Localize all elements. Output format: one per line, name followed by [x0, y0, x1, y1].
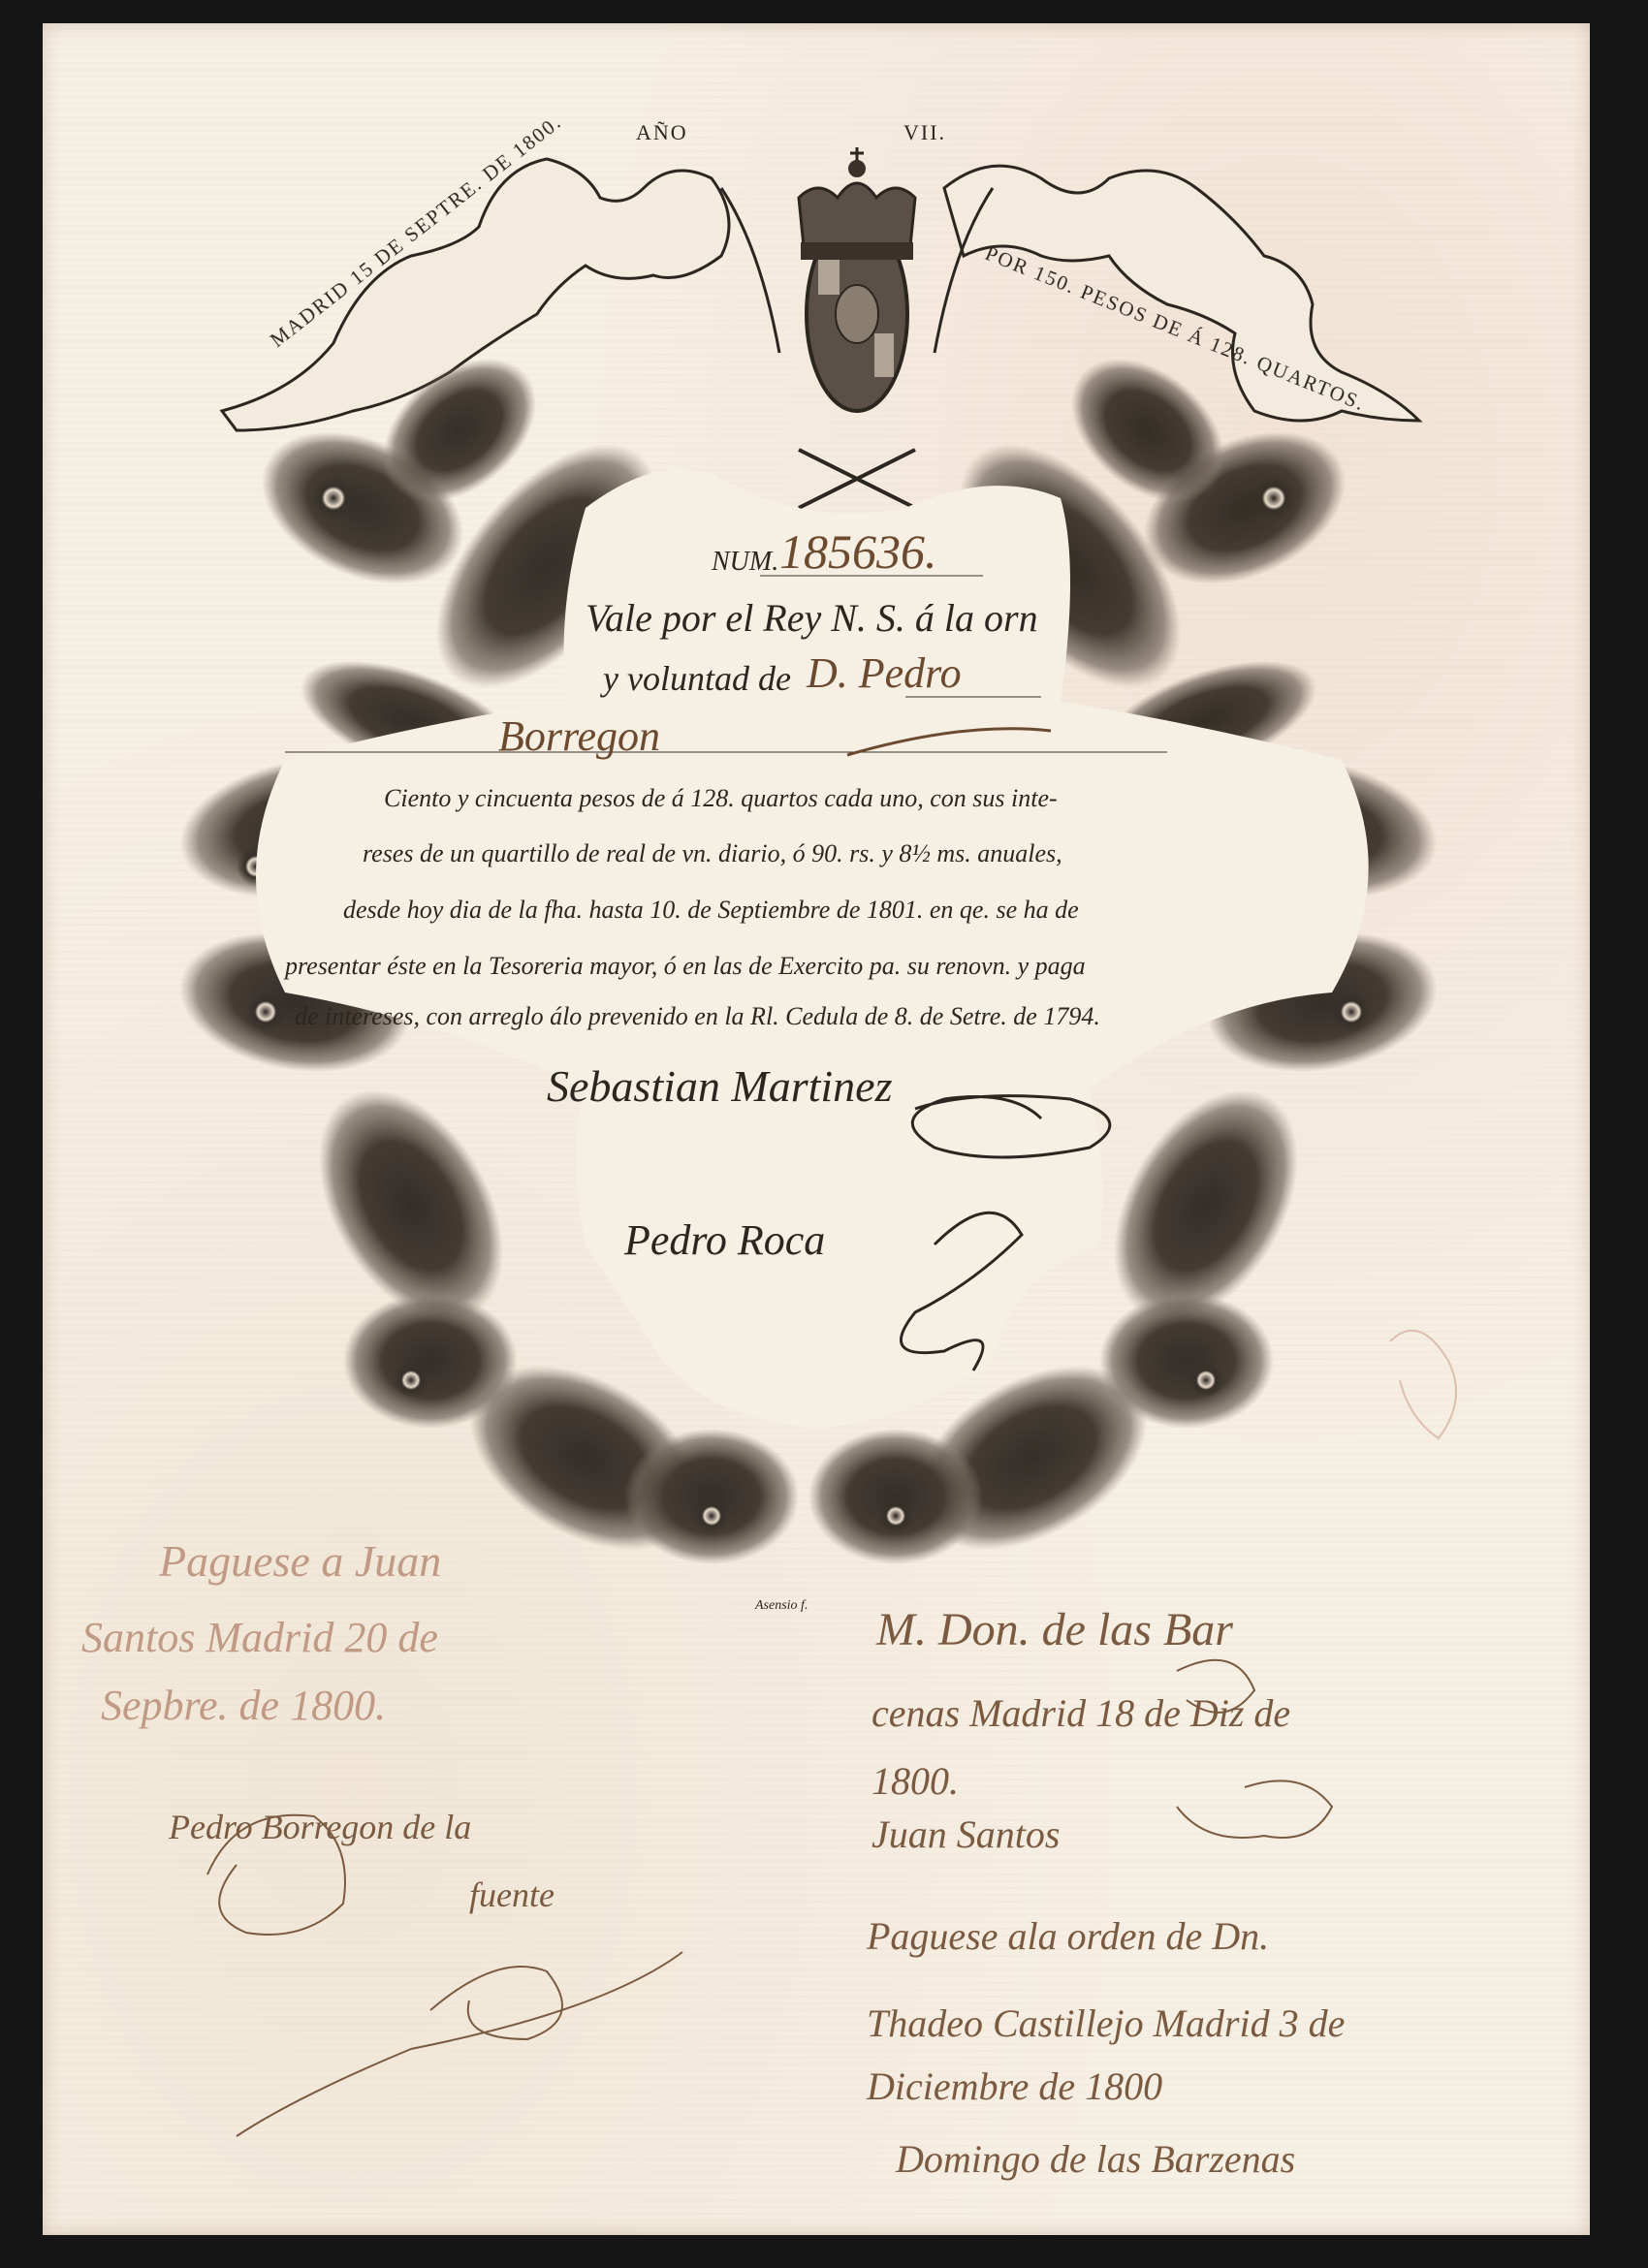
year-label: AÑO — [636, 120, 688, 145]
number-label: NUM. — [712, 547, 778, 578]
payee-name-line-1: D. Pedro — [807, 648, 962, 698]
engraver-mark: Asensio f. — [755, 1598, 808, 1614]
bond-document: AÑO VII. MADRID 15 DE SEPTRE. DE 1800. P… — [43, 23, 1590, 2235]
payee-name-line-2: Borregon — [498, 711, 660, 761]
terms-line-1: Ciento y cincuenta pesos de á 128. quart… — [384, 784, 1058, 813]
endorsement-right-line-4: Juan Santos — [872, 1811, 1060, 1857]
endorsement-right-line-8: Domingo de las Barzenas — [896, 2136, 1295, 2182]
serial-number: 185636. — [779, 523, 937, 580]
terms-line-4: presentar éste en la Tesoreria mayor, ó … — [285, 952, 1086, 981]
endorsement-left-line-1: Paguese a Juan — [159, 1535, 441, 1587]
terms-line-5: de intereses, con arreglo álo prevenido … — [295, 1002, 1100, 1031]
endorsement-left-signature-1: Pedro Borregon de la — [169, 1807, 471, 1847]
endorsement-right-line-5: Paguese ala orden de Dn. — [867, 1913, 1269, 1959]
signature-pedro-roca: Pedro Roca — [624, 1215, 825, 1265]
endorsement-left-signature-2: fuente — [469, 1874, 555, 1915]
terms-line-3: desde hoy dia de la fha. hasta 10. de Se… — [343, 896, 1079, 925]
endorsement-right-line-3: 1800. — [872, 1758, 959, 1804]
year-value: VII. — [903, 120, 946, 145]
endorsement-right-line-1: M. Don. de las Bar — [876, 1603, 1233, 1656]
endorsement-right-line-6: Thadeo Castillejo Madrid 3 de — [867, 2000, 1345, 2046]
signature-sebastian-martinez: Sebastian Martinez — [547, 1060, 892, 1112]
endorsement-right-line-2: cenas Madrid 18 de Diz de — [872, 1690, 1290, 1736]
crown-icon — [799, 147, 915, 260]
body-line-1: Vale por el Rey N. S. á la orn — [586, 595, 1038, 641]
terms-line-2: reses de un quartillo de real de vn. dia… — [363, 839, 1062, 868]
endorsement-left-line-2: Santos Madrid 20 de — [81, 1613, 438, 1662]
endorsement-left-line-3: Sepbre. de 1800. — [101, 1681, 386, 1730]
engraved-feather-frame — [43, 23, 1590, 2235]
endorsement-right-line-7: Diciembre de 1800 — [867, 2063, 1162, 2109]
body-line-2: y voluntad de — [603, 658, 791, 699]
